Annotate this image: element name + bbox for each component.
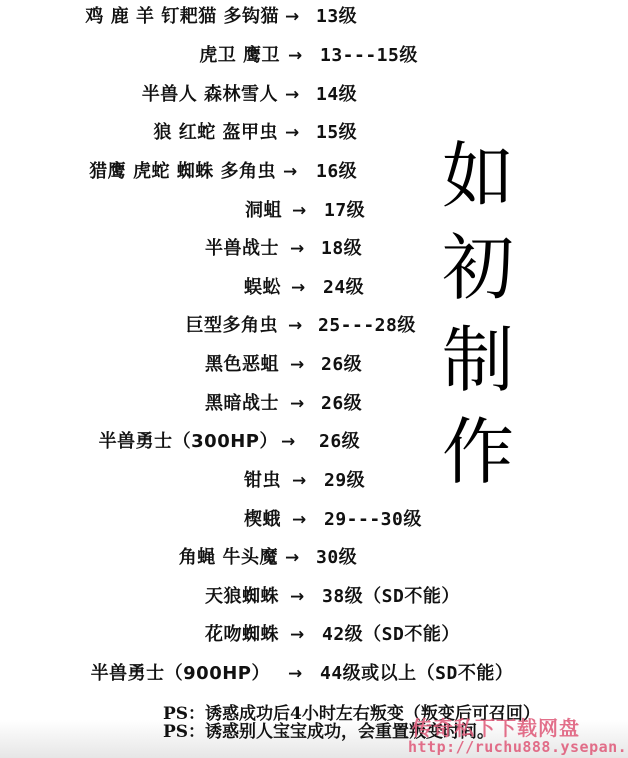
arrow-right-icon: →	[281, 429, 295, 455]
credit-char: 制	[442, 314, 514, 406]
monster-names: 狼 红蛇 盔甲虫	[153, 120, 278, 146]
arrow-right-icon: →	[288, 43, 302, 69]
monster-names: 楔蛾	[244, 507, 281, 533]
credit-char: 初	[442, 222, 514, 314]
monster-names: 鸡 鹿 羊 钉耙猫 多钩猫	[85, 4, 279, 30]
arrow-right-icon: →	[285, 545, 299, 571]
arrow-right-icon: →	[285, 82, 299, 108]
list-item: 半兽战士 → 18级	[0, 236, 628, 262]
arrow-right-icon: →	[283, 159, 297, 185]
level-value: 13级	[316, 4, 357, 30]
credit-char: 作	[442, 406, 514, 498]
list-item: 半兽勇士（900HP） → 44级或以上（SD不能）	[0, 661, 628, 687]
author-credit: 如 初 制 作	[438, 130, 518, 498]
arrow-right-icon: →	[285, 120, 299, 146]
list-item: 洞蛆 → 17级	[0, 198, 628, 224]
list-item: 猎鹰 虎蛇 蜘蛛 多角虫 → 16级	[0, 159, 628, 185]
level-value: 17级	[324, 198, 365, 224]
monster-names: 天狼蜘蛛	[205, 584, 279, 610]
arrow-right-icon: →	[290, 236, 304, 262]
arrow-right-icon: →	[285, 4, 299, 30]
monster-names: 角蝇 牛头魔	[179, 545, 278, 571]
level-value: 18级	[321, 236, 362, 262]
level-value: 15级	[316, 120, 357, 146]
arrow-right-icon: →	[290, 622, 304, 648]
arrow-right-icon: →	[290, 584, 304, 610]
list-item: 钳虫 → 29级	[0, 468, 628, 494]
list-item: 天狼蜘蛛 → 38级（SD不能）	[0, 584, 628, 610]
monster-names: 蜈蚣	[244, 275, 281, 301]
level-value: 13---15级	[320, 43, 418, 69]
list-item: 花吻蜘蛛 → 42级（SD不能）	[0, 622, 628, 648]
level-value: 24级	[323, 275, 364, 301]
monster-names: 黑色恶蛆	[205, 352, 279, 378]
level-value: 29---30级	[324, 507, 422, 533]
level-value: 38级（SD不能）	[322, 584, 460, 610]
level-value: 44级或以上（SD不能）	[320, 661, 513, 687]
monster-names: 巨型多角虫	[186, 313, 279, 339]
arrow-right-icon: →	[290, 391, 304, 417]
arrow-right-icon: →	[292, 198, 306, 224]
level-value: 26级	[321, 391, 362, 417]
level-value: 14级	[316, 82, 357, 108]
credit-char: 如	[442, 130, 514, 222]
monster-names: 洞蛆	[245, 198, 282, 224]
level-value: 26级	[319, 429, 360, 455]
arrow-right-icon: →	[288, 313, 302, 339]
list-item: 蜈蚣 → 24级	[0, 275, 628, 301]
level-value: 26级	[321, 352, 362, 378]
monster-names: 半兽勇士（300HP）	[99, 429, 278, 455]
list-item: 半兽勇士（300HP） → 26级	[0, 429, 628, 455]
watermark-title: 传奇私下下载网盘	[412, 712, 580, 741]
arrow-right-icon: →	[292, 507, 306, 533]
arrow-right-icon: →	[290, 352, 304, 378]
monster-names: 半兽人 森林雪人	[142, 82, 278, 108]
monster-names: 黑暗战士	[205, 391, 279, 417]
list-item: 黑暗战士 → 26级	[0, 391, 628, 417]
monster-names: 钳虫	[244, 468, 281, 494]
watermark-url: http://ruchu888.ysepan.com	[408, 738, 628, 756]
level-value: 42级（SD不能）	[322, 622, 460, 648]
list-item: 虎卫 鹰卫 → 13---15级	[0, 43, 628, 69]
monster-names: 半兽战士	[205, 236, 279, 262]
monster-names: 花吻蜘蛛	[205, 622, 279, 648]
monster-names: 半兽勇士（900HP）	[91, 661, 270, 687]
level-value: 25---28级	[318, 313, 416, 339]
list-item: 巨型多角虫 → 25---28级	[0, 313, 628, 339]
list-item: 鸡 鹿 羊 钉耙猫 多钩猫 → 13级	[0, 4, 628, 30]
list-item: 楔蛾 → 29---30级	[0, 507, 628, 533]
list-item: 角蝇 牛头魔 → 30级	[0, 545, 628, 571]
level-value: 16级	[316, 159, 357, 185]
arrow-right-icon: →	[292, 468, 306, 494]
list-item: 狼 红蛇 盔甲虫 → 15级	[0, 120, 628, 146]
monster-names: 猎鹰 虎蛇 蜘蛛 多角虫	[89, 159, 276, 185]
arrow-right-icon: →	[291, 275, 305, 301]
list-item: 黑色恶蛆 → 26级	[0, 352, 628, 378]
list-item: 半兽人 森林雪人 → 14级	[0, 82, 628, 108]
level-value: 30级	[316, 545, 357, 571]
monster-names: 虎卫 鹰卫	[199, 43, 280, 69]
level-value: 29级	[324, 468, 365, 494]
arrow-right-icon: →	[288, 661, 302, 687]
